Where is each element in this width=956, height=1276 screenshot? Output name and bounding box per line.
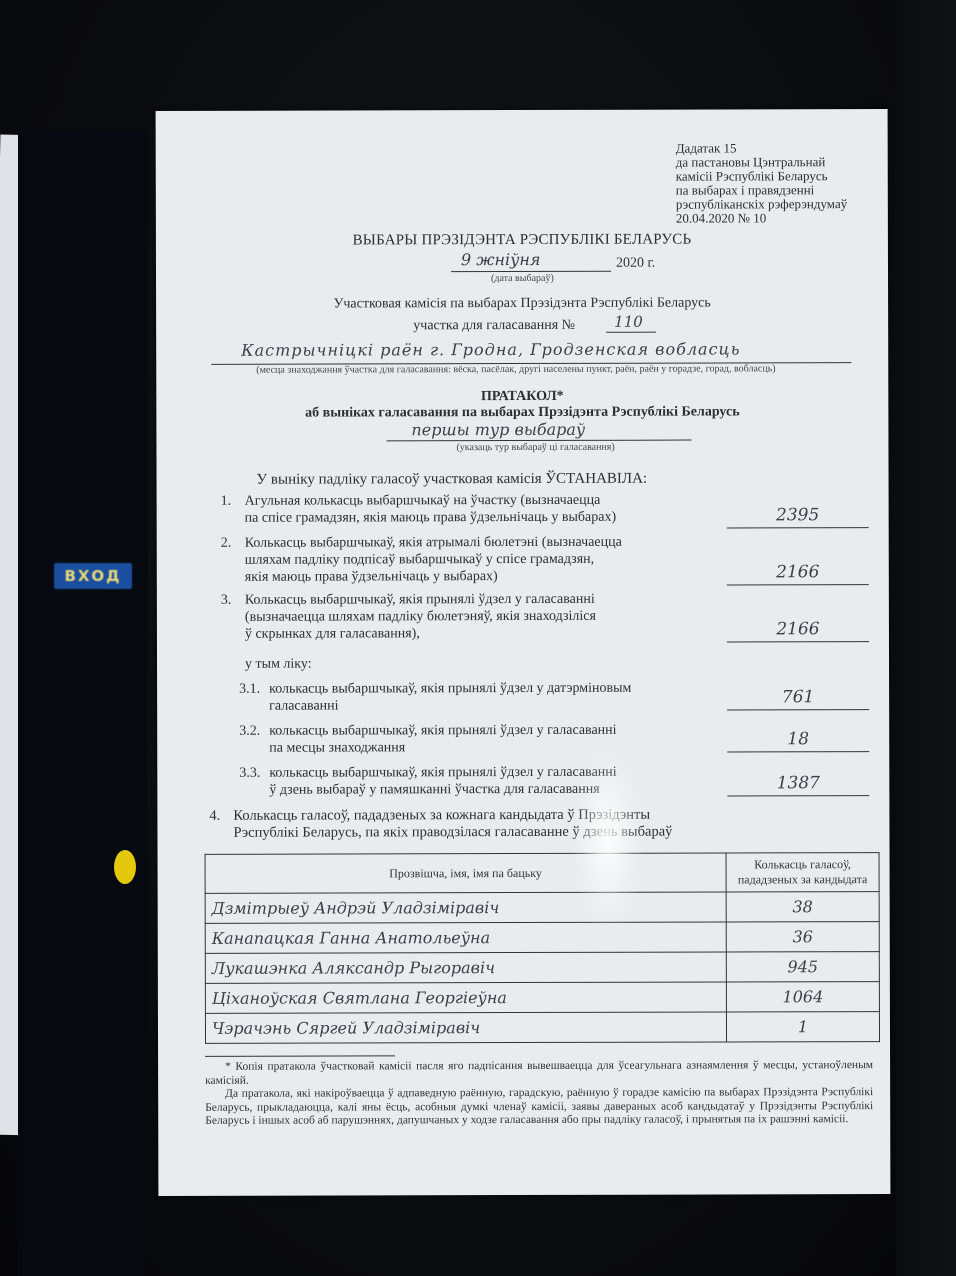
item-text: ў дзень выбараў у памяшканні ўчастка для… (269, 781, 616, 799)
item-number: 3.2. (239, 723, 260, 740)
candidate-votes: 1 (726, 1012, 879, 1042)
item-1: 1. Агульная колькасць выбаршчыкаў на ўча… (245, 492, 617, 527)
table-row: Лукашэнка Аляксандр Рыгоравіч 945 (205, 952, 879, 984)
appendix-line: 20.04.2020 № 10 (676, 211, 847, 225)
candidates-table: Прозвішча, імя, імя па бацьку Колькасць … (205, 852, 880, 1044)
location-caption: (месца знаходжання ўчастка для галасаван… (256, 363, 775, 375)
item-text: галасаванні (269, 697, 631, 715)
location: Кастрычніцкі раён г. Гродна, Гродзенская… (241, 339, 740, 359)
entrance-sign: ВХОД (54, 563, 132, 589)
appendix-note: Дадатак 15 да пастановы Цэнтральнай камі… (676, 141, 848, 225)
table-row: Дзмітрыеў Андрэй Уладзіміравіч 38 (205, 892, 879, 924)
item-number: 3. (221, 592, 232, 609)
item-3-1-value: 761 (727, 687, 869, 710)
item-text: Колькасць выбаршчыкаў, якія прынялі ўдзе… (245, 591, 596, 609)
item-text: па месцы знаходжання (269, 739, 616, 757)
election-date: 9 жніўня (461, 250, 541, 269)
light-glare (572, 750, 642, 930)
item-text: па спісе грамадзян, якія маюць права ўдз… (245, 509, 617, 527)
item-3-2-value: 18 (727, 729, 869, 752)
item-1-value: 2395 (727, 505, 869, 528)
item-text: (вызначаецца шляхам падліку бюлетэняў, я… (245, 608, 596, 626)
election-year: 2020 г. (616, 256, 655, 272)
door-frame (18, 130, 148, 1276)
table-row: Канапацкая Ганна Анатольеўна 36 (205, 922, 879, 954)
item-number: 4. (209, 808, 220, 825)
candidate-name: Канапацкая Ганна Анатольеўна (205, 922, 726, 953)
item-text: колькасць выбаршчыкаў, якія прынялі ўдзе… (269, 722, 616, 740)
candidate-name: Лукашэнка Аляксандр Рыгоравіч (205, 952, 726, 983)
item-number: 3.1. (239, 681, 260, 698)
yellow-sticker (114, 850, 136, 884)
item-text: ў скрынках для галасавання), (245, 625, 596, 643)
item-text: Агульная колькасць выбаршчыкаў на ўчастк… (245, 492, 617, 510)
item-number: 3.3. (239, 765, 260, 782)
candidate-name: Дзмітрыеў Андрэй Уладзіміравіч (205, 892, 726, 923)
item-text: шляхам падліку подпісаў выбаршчыкаў у сп… (245, 551, 622, 569)
item-number: 2. (221, 535, 232, 552)
item-3: 3. Колькасць выбаршчыкаў, якія прынялі ў… (245, 591, 596, 643)
item-3-2: 3.2. колькасць выбаршчыкаў, якія прынялі… (269, 722, 616, 757)
precinct-label-text: участка для галасавання № (413, 318, 575, 333)
item-text: колькасць выбаршчыкаў, якія прынялі ўдзе… (269, 680, 631, 698)
right-frame (896, 0, 956, 1276)
date-caption: (дата выбараў) (491, 273, 554, 284)
commission-name: Участковая камісія па выбарах Прэзідэнта… (156, 295, 888, 313)
footnote-divider (205, 1055, 395, 1056)
protocol-title: ПРАТАКОЛ* (156, 388, 888, 406)
item-3-1: 3.1. колькасць выбаршчыкаў, якія прынялі… (269, 680, 631, 715)
table-row: Ціханоўская Святлана Георгіеўна 1064 (205, 982, 879, 1014)
column-header-name: Прозвішча, імя, імя па бацьку (205, 853, 726, 893)
footnote-copy: * Копія пратакола ўчастковай камісіі пас… (205, 1059, 873, 1088)
round-caption: (указаць тур выбараў ці галасавання) (456, 442, 614, 453)
item-number: 1. (221, 493, 232, 510)
candidate-votes: 36 (726, 922, 879, 952)
table-row: Чэрачэнь Сяргей Уладзіміравіч 1 (205, 1012, 879, 1044)
footnote-attachments: Да пратакола, які накіроўваецца ў адпаве… (205, 1086, 873, 1128)
precinct-number: 110 (614, 313, 643, 331)
candidate-name: Чэрачэнь Сяргей Уладзіміравіч (205, 1012, 726, 1043)
item-2: 2. Колькасць выбаршчыкаў, якія атрымалі … (245, 534, 622, 586)
candidate-votes: 38 (726, 892, 879, 922)
election-round: першы тур выбараў (411, 420, 585, 439)
including-label: у тым ліку: (245, 656, 312, 673)
established-heading: У выніку падліку галасоў участковая камі… (257, 471, 648, 489)
document-title: ВЫБАРЫ ПРЭЗІДЭНТА РЭСПУБЛІКІ БЕЛАРУСЬ (156, 231, 888, 250)
column-header-votes: Колькасць галасоў, пададзеных за кандыда… (726, 853, 879, 892)
candidate-name: Ціханоўская Святлана Георгіеўна (205, 982, 726, 1013)
precinct-underline (606, 332, 656, 333)
candidate-votes: 945 (726, 952, 879, 982)
protocol-document: Дадатак 15 да пастановы Цэнтральнай камі… (156, 109, 891, 1196)
candidate-votes: 1064 (726, 982, 879, 1012)
item-3-3-value: 1387 (727, 773, 869, 796)
item-3-value: 2166 (727, 619, 869, 642)
item-text: якія маюць права ўдзельнічаць у выбарах) (245, 568, 622, 586)
item-2-value: 2166 (727, 562, 869, 585)
item-3-3: 3.3. колькасць выбаршчыкаў, якія прынялі… (269, 764, 616, 799)
footnotes: * Копія пратакола ўчастковай камісіі пас… (205, 1059, 873, 1128)
item-text: Колькасць выбаршчыкаў, якія атрымалі бюл… (245, 534, 622, 552)
item-text: колькасць выбаршчыкаў, якія прынялі ўдзе… (269, 764, 616, 782)
precinct-label: участка для галасавання № (156, 317, 888, 335)
